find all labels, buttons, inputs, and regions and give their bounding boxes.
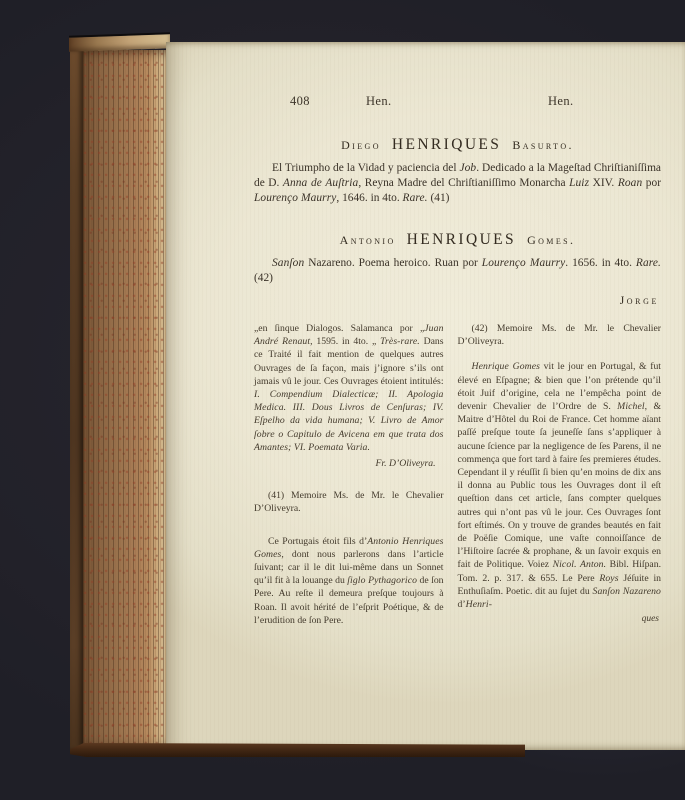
article-entry-antonio: Sanſon Nazareno. Poema heroico. Ruan por… <box>254 256 661 286</box>
running-title-right: Hen. <box>548 94 574 109</box>
right-column-paragraph: Henrique Gomes vit le jour en Portugal, … <box>458 360 661 611</box>
article-heading-antonio-henriques-gomes: Antonio HENRIQUES Gomes. <box>254 215 661 252</box>
two-column-notes: „en ſinque Dialogos. Salamanca por „Juan… <box>254 322 661 627</box>
book-bottom-edge <box>70 743 525 757</box>
footnote-41: (41) Memoire Ms. de Mr. le Chevalier D’O… <box>254 489 444 515</box>
book-cover-board-edge <box>70 50 83 750</box>
catchword: ques <box>458 613 659 626</box>
article-entry-diego: El Triumpho de la Vidad y paciencia del … <box>254 161 661 206</box>
sprinkled-page-edges <box>83 50 166 750</box>
book-fore-edge <box>70 50 166 750</box>
heading-epithet: Basurto. <box>512 138 574 152</box>
left-column: „en ſinque Dialogos. Salamanca por „Juan… <box>254 322 444 627</box>
running-header: 408 Hen. Hen. <box>254 94 661 111</box>
page-content: 408 Hen. Hen. Diego HENRIQUES Basurto. E… <box>166 42 685 750</box>
direction-word-jorge: Jorge <box>254 295 659 307</box>
running-title-left: Hen. <box>366 94 392 109</box>
signature-fr-doliveyra: Fr. D’Oliveyra. <box>254 457 436 470</box>
heading-surname: HENRIQUES <box>404 231 519 248</box>
heading-epithet: Gomes. <box>527 233 575 247</box>
left-column-paragraph: Ce Portugais étoit fils d’Antonio Henriq… <box>254 535 444 627</box>
article-heading-diego-henriques-basurto: Diego HENRIQUES Basurto. <box>254 120 661 157</box>
heading-forename: Diego <box>341 138 381 152</box>
page-number: 408 <box>290 94 310 109</box>
right-column: (42) Memoire Ms. de Mr. le Chevalier D’O… <box>458 322 661 626</box>
book: 408 Hen. Hen. Diego HENRIQUES Basurto. E… <box>70 40 685 755</box>
footnote-42: (42) Memoire Ms. de Mr. le Chevalier D’O… <box>458 322 661 348</box>
heading-surname: HENRIQUES <box>389 136 504 153</box>
heading-forename: Antonio <box>340 233 396 247</box>
left-column-continuation: „en ſinque Dialogos. Salamanca por „Juan… <box>254 322 444 454</box>
book-page: 408 Hen. Hen. Diego HENRIQUES Basurto. E… <box>166 42 685 750</box>
photo-backdrop: 408 Hen. Hen. Diego HENRIQUES Basurto. E… <box>0 0 685 800</box>
